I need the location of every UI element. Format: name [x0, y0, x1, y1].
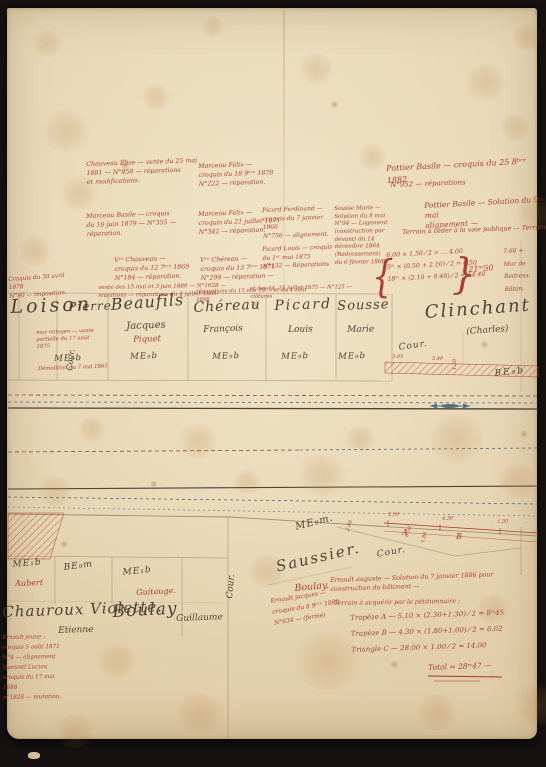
photo-background: Chauveau Élise — vente du 25 mai 1881 — … [0, 0, 546, 767]
plan-linework [0, 0, 546, 767]
hatched-strip-right [385, 362, 538, 377]
hatched-wedge-left [8, 513, 64, 559]
lower-parcel-grid [8, 517, 521, 738]
road-lines [8, 395, 538, 536]
